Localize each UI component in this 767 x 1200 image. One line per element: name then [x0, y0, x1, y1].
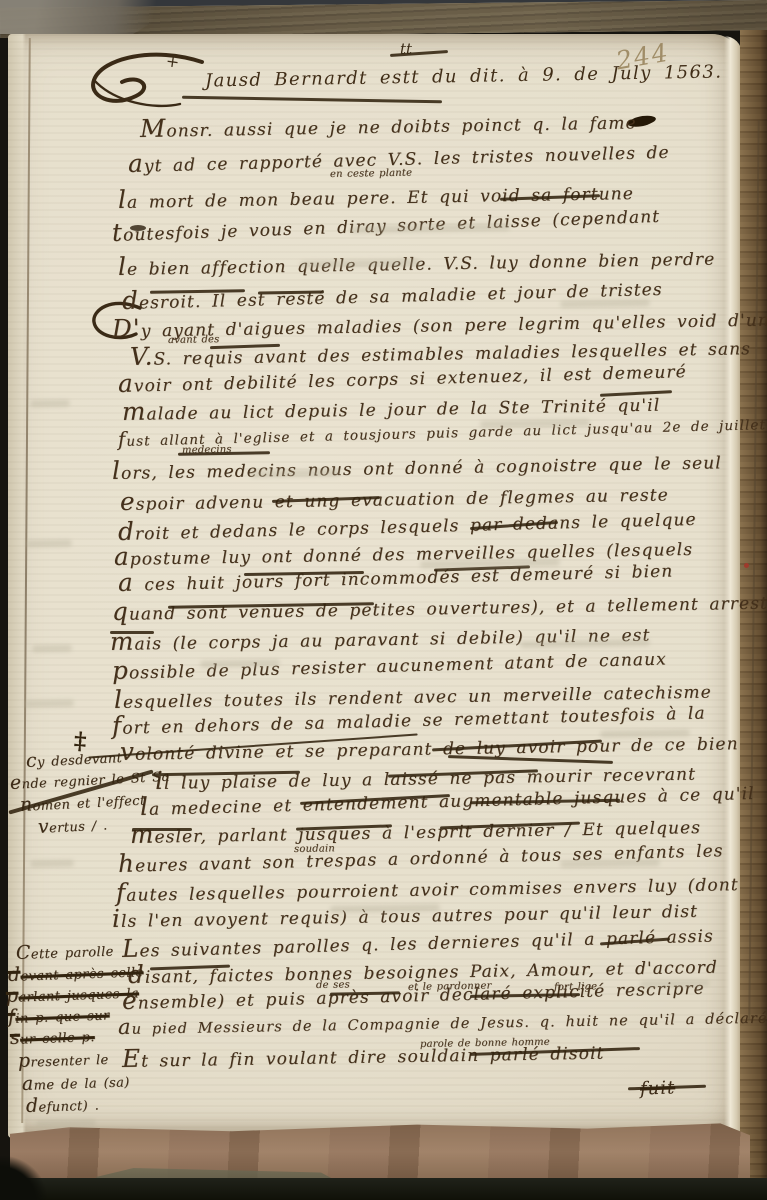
- margin-note-line: fin p. que sur: [8, 1004, 110, 1027]
- interlinear-word: fort lige: [554, 982, 597, 993]
- margin-note-line: sur celle p.: [10, 1026, 95, 1049]
- margin-note-line: defunct) .: [26, 1094, 100, 1116]
- bleedthrough-mark: [30, 400, 70, 408]
- shadow-corner: [0, 1140, 80, 1200]
- bleedthrough-mark: [30, 860, 74, 868]
- interlinear-word: et le pardonner: [408, 982, 492, 994]
- interlinear-word: avant des: [168, 335, 220, 346]
- bleedthrough-mark: [32, 645, 72, 653]
- margin-note-line: Cette parolle: [16, 941, 114, 964]
- red-speck: [744, 563, 749, 568]
- ink-strike: [110, 631, 154, 634]
- bleedthrough-mark: [36, 1119, 96, 1127]
- binding-bottom-band: [0, 1178, 767, 1200]
- manuscript-photo: 244 + tt Jausd Bernardt estt du dit. à 9…: [0, 0, 767, 1200]
- margin-note-line: vertus / .: [37, 814, 108, 837]
- margin-note-line: ame de la (sa): [22, 1071, 130, 1095]
- margin-note-line: presenter le: [18, 1049, 109, 1072]
- interlinear-word: de ses: [316, 980, 350, 991]
- bleedthrough-mark: [26, 540, 72, 548]
- heading-cross-mark: +: [165, 51, 181, 72]
- bleedthrough-mark: [640, 979, 710, 987]
- interlinear-word: en ceste plante: [330, 169, 412, 181]
- bleedthrough-mark: [200, 659, 280, 667]
- bleedthrough-mark: [24, 700, 74, 708]
- interlinear-word: soudain: [294, 844, 335, 855]
- ink-strike: [132, 828, 192, 831]
